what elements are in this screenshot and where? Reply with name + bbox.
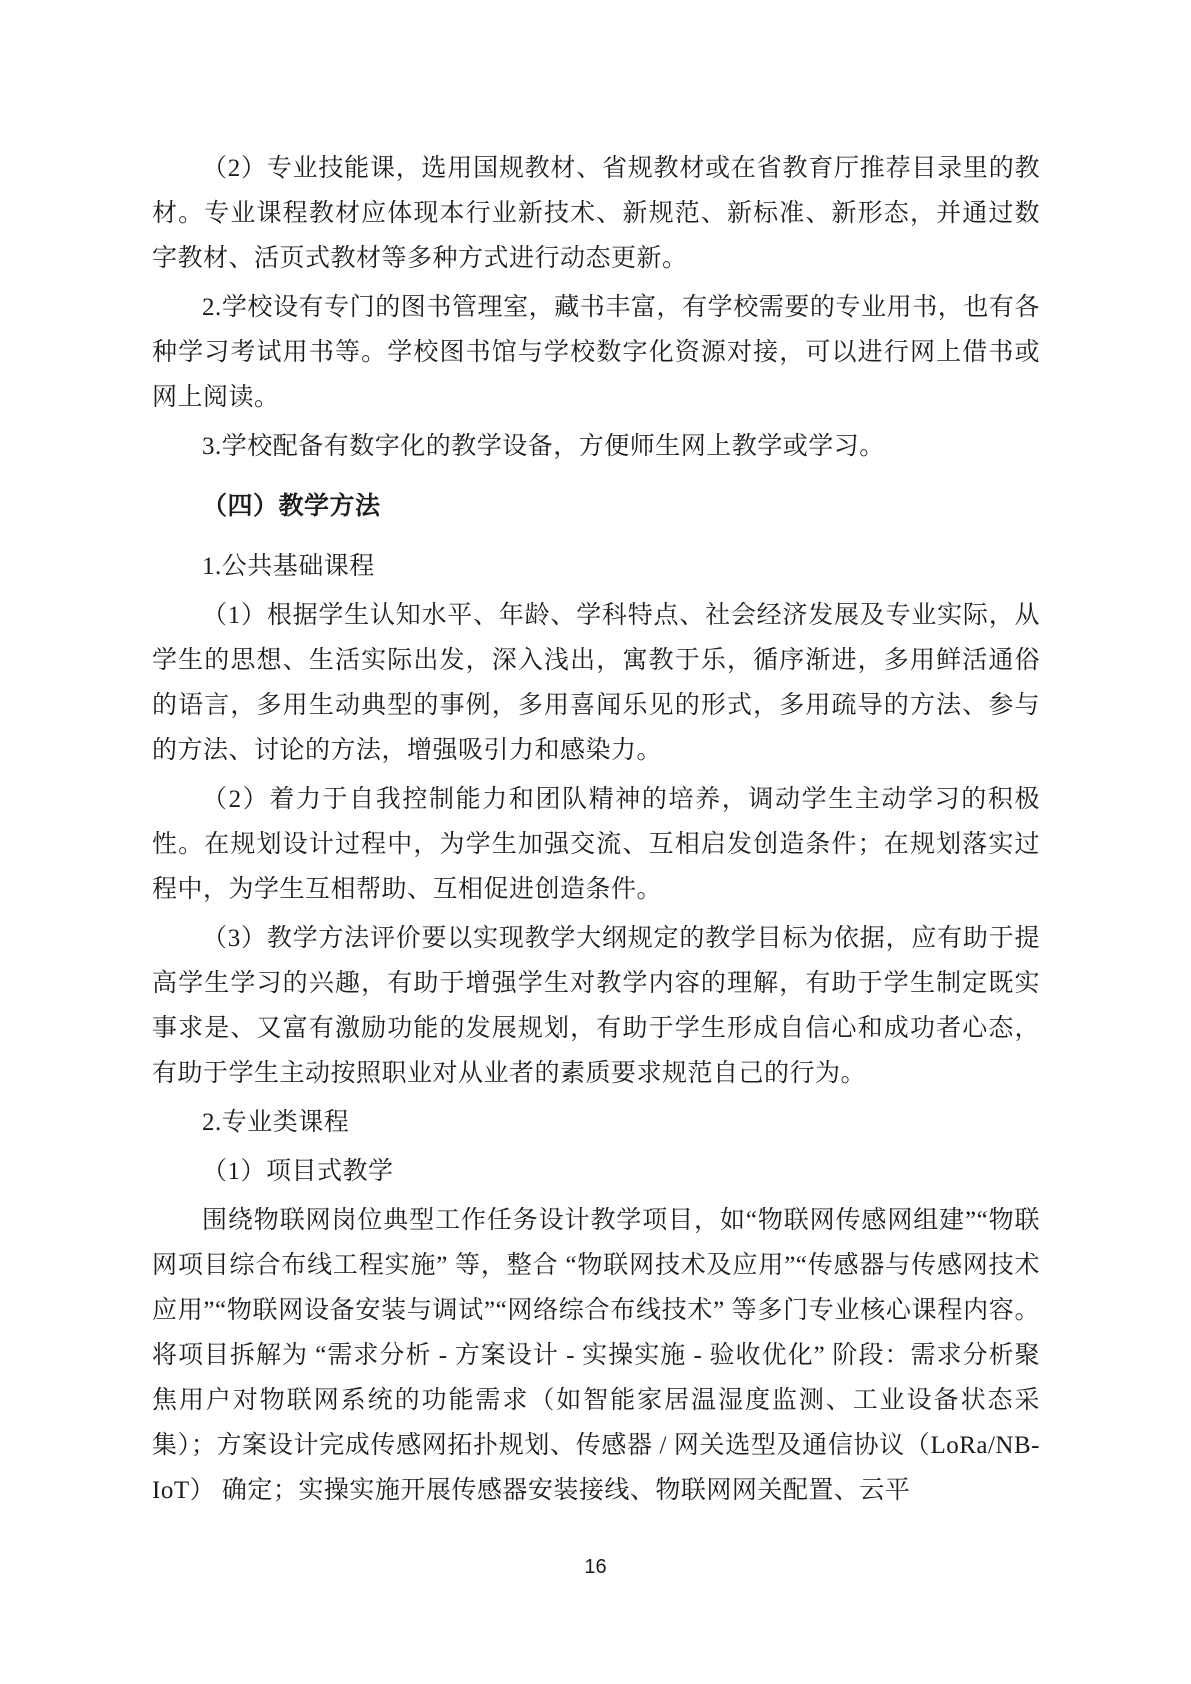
paragraph: 2.学校设有专门的图书管理室，藏书丰富，有学校需要的专业用书，也有各种学习考试用… [152, 285, 1040, 420]
paragraph: （2）着力于自我控制能力和团队精神的培养，调动学生主动学习的积极性。在规划设计过… [152, 777, 1040, 912]
paragraph: （2）专业技能课，选用国规教材、省规教材或在省教育厅推荐目录里的教材。专业课程教… [152, 146, 1040, 281]
paragraph: 2.专业类课程 [152, 1100, 1040, 1145]
paragraph: 围绕物联网岗位典型工作任务设计教学项目，如“物联网传感网组建”“物联网项目综合布… [152, 1198, 1040, 1513]
paragraph: 1.公共基础课程 [152, 544, 1040, 589]
paragraph: （1）根据学生认知水平、年龄、学科特点、社会经济发展及专业实际，从学生的思想、生… [152, 593, 1040, 773]
document-page: （2）专业技能课，选用国规教材、省规教材或在省教育厅推荐目录里的教材。专业课程教… [0, 0, 1191, 1684]
paragraph: （3）教学方法评价要以实现教学大纲规定的教学目标为依据，应有助于提高学生学习的兴… [152, 916, 1040, 1096]
document-body: （2）专业技能课，选用国规教材、省规教材或在省教育厅推荐目录里的教材。专业课程教… [152, 146, 1040, 1517]
section-heading: （四）教学方法 [152, 484, 1040, 529]
page-footer: 16 [0, 1556, 1191, 1579]
page-number: 16 [584, 1556, 606, 1578]
paragraph: 3.学校配备有数字化的教学设备，方便师生网上教学或学习。 [152, 424, 1040, 469]
paragraph: （1）项目式教学 [152, 1149, 1040, 1194]
